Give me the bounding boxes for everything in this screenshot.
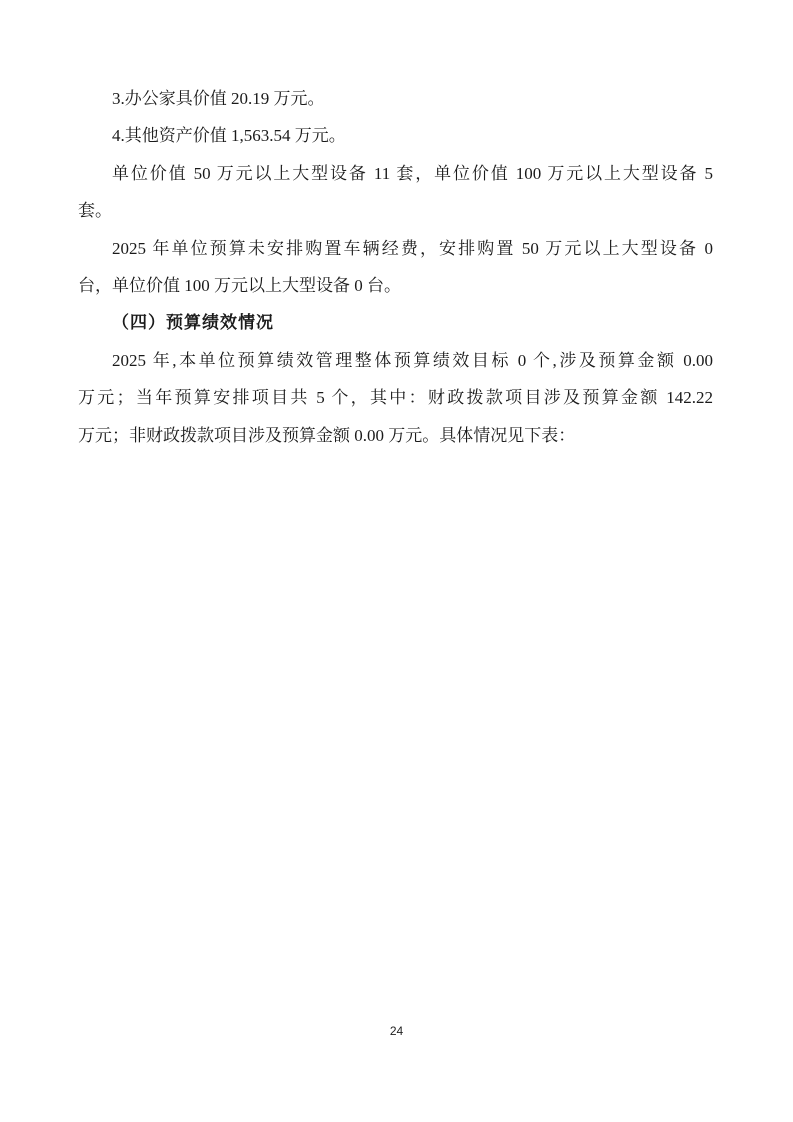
paragraph: 3.办公家具价值 20.19 万元。: [78, 80, 713, 117]
text-line: 套。: [78, 192, 713, 229]
text-line: 3.办公家具价值 20.19 万元。: [78, 80, 713, 117]
paragraph: 2025 年单位预算未安排购置车辆经费，安排购置 50 万元以上大型设备 0台，…: [78, 230, 713, 305]
text-line: 4.其他资产价值 1,563.54 万元。: [78, 117, 713, 154]
text-line: 单位价值 50 万元以上大型设备 11 套，单位价值 100 万元以上大型设备 …: [78, 155, 713, 192]
page-number: 24: [0, 1024, 793, 1038]
text-line: 台，单位价值 100 万元以上大型设备 0 台。: [78, 267, 713, 304]
section-heading: （四）预算绩效情况: [78, 304, 713, 341]
paragraph: 2025 年,本单位预算绩效管理整体预算绩效目标 0 个,涉及预算金额 0.00…: [78, 342, 713, 454]
paragraph: 4.其他资产价值 1,563.54 万元。: [78, 117, 713, 154]
paragraph: 单位价值 50 万元以上大型设备 11 套，单位价值 100 万元以上大型设备 …: [78, 155, 713, 230]
document-body: 3.办公家具价值 20.19 万元。4.其他资产价值 1,563.54 万元。单…: [78, 80, 713, 454]
text-line: 2025 年单位预算未安排购置车辆经费，安排购置 50 万元以上大型设备 0: [78, 230, 713, 267]
text-line: 万元；非财政拨款项目涉及预算金额 0.00 万元。具体情况见下表：: [78, 417, 713, 454]
text-line: （四）预算绩效情况: [78, 304, 713, 341]
text-line: 2025 年,本单位预算绩效管理整体预算绩效目标 0 个,涉及预算金额 0.00: [78, 342, 713, 379]
document-page: 3.办公家具价值 20.19 万元。4.其他资产价值 1,563.54 万元。单…: [0, 0, 793, 1122]
text-line: 万元；当年预算安排项目共 5 个，其中：财政拨款项目涉及预算金额 142.22: [78, 379, 713, 416]
